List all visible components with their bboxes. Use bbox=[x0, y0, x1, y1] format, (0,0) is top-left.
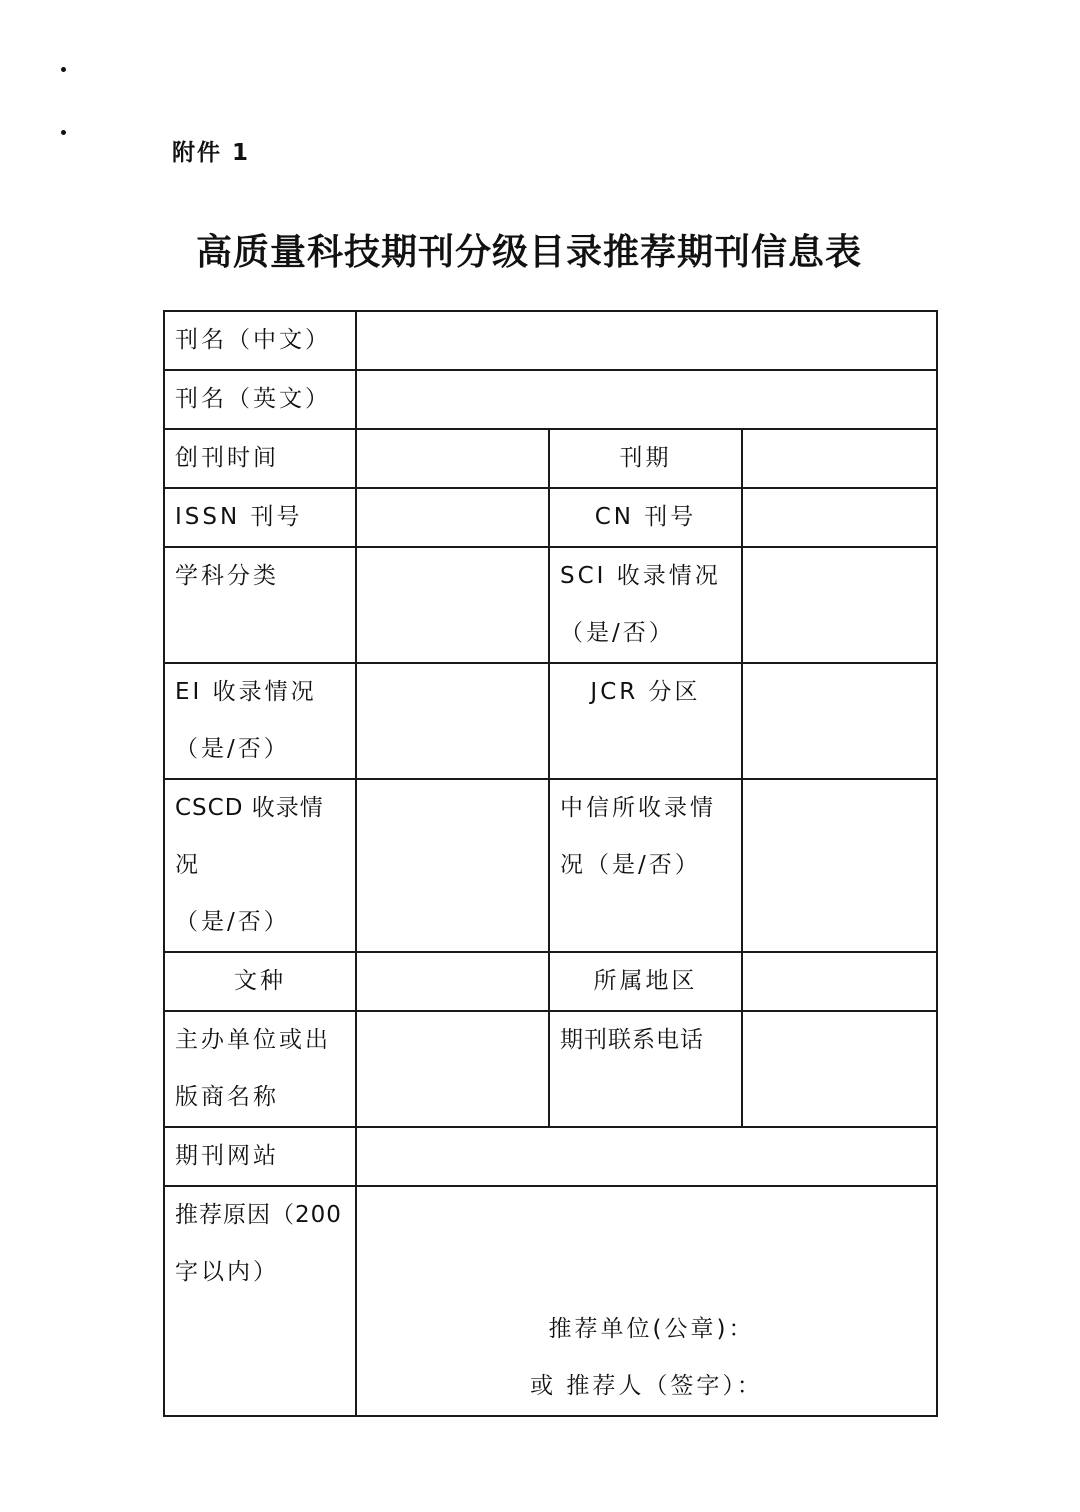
language-field[interactable] bbox=[356, 952, 549, 1011]
label-website: 期刊网站 bbox=[164, 1127, 356, 1186]
founded-field[interactable] bbox=[356, 429, 549, 488]
region-field[interactable] bbox=[742, 952, 937, 1011]
table-row: 刊名（英文） bbox=[164, 370, 937, 429]
reason-field[interactable]: 推荐单位(公章)： 或 推荐人（签字）： bbox=[356, 1186, 937, 1416]
table-row: EI 收录情况 （是/否） JCR 分区 bbox=[164, 663, 937, 779]
name-cn-field[interactable] bbox=[356, 311, 937, 370]
label-sci-line1: SCI 收录情况 bbox=[560, 548, 731, 605]
label-reason-line2: 字以内） bbox=[175, 1244, 345, 1301]
scan-mark-dot bbox=[61, 67, 66, 72]
website-field[interactable] bbox=[356, 1127, 937, 1186]
label-publisher-line2: 版商名称 bbox=[175, 1069, 345, 1126]
label-ei: EI 收录情况 （是/否） bbox=[164, 663, 356, 779]
label-name-en: 刊名（英文） bbox=[164, 370, 356, 429]
label-language: 文种 bbox=[164, 952, 356, 1011]
label-discipline: 学科分类 bbox=[164, 547, 356, 663]
page-title: 高质量科技期刊分级目录推荐期刊信息表 bbox=[196, 224, 926, 275]
label-name-cn: 刊名（中文） bbox=[164, 311, 356, 370]
label-cn: CN 刊号 bbox=[549, 488, 742, 547]
label-ei-line2: （是/否） bbox=[175, 721, 345, 778]
label-founded: 创刊时间 bbox=[164, 429, 356, 488]
label-istic-line2: 况（是/否） bbox=[560, 837, 731, 894]
frequency-field[interactable] bbox=[742, 429, 937, 488]
signature-unit-label: 推荐单位(公章)： bbox=[367, 1301, 926, 1358]
label-frequency: 刊期 bbox=[549, 429, 742, 488]
label-istic: 中信所收录情 况（是/否） bbox=[549, 779, 742, 952]
cscd-field[interactable] bbox=[356, 779, 549, 952]
label-publisher: 主办单位或出 版商名称 bbox=[164, 1011, 356, 1127]
discipline-field[interactable] bbox=[356, 547, 549, 663]
istic-field[interactable] bbox=[742, 779, 937, 952]
table-row: 创刊时间 刊期 bbox=[164, 429, 937, 488]
scan-mark-dot bbox=[61, 130, 66, 135]
label-issn: ISSN 刊号 bbox=[164, 488, 356, 547]
issn-field[interactable] bbox=[356, 488, 549, 547]
label-cscd-line2: （是/否） bbox=[175, 894, 345, 951]
label-reason-line1: 推荐原因（200 bbox=[175, 1187, 345, 1244]
table-row: 推荐原因（200 字以内） 推荐单位(公章)： 或 推荐人（签字）： bbox=[164, 1186, 937, 1416]
label-jcr: JCR 分区 bbox=[549, 663, 742, 779]
table-row: 主办单位或出 版商名称 期刊联系电话 bbox=[164, 1011, 937, 1127]
label-sci-line2: （是/否） bbox=[560, 605, 731, 662]
table-row: CSCD 收录情况 （是/否） 中信所收录情 况（是/否） bbox=[164, 779, 937, 952]
publisher-field[interactable] bbox=[356, 1011, 549, 1127]
attachment-label: 附件 1 bbox=[172, 134, 250, 167]
table-row: ISSN 刊号 CN 刊号 bbox=[164, 488, 937, 547]
label-cscd: CSCD 收录情况 （是/否） bbox=[164, 779, 356, 952]
label-sci: SCI 收录情况 （是/否） bbox=[549, 547, 742, 663]
signature-block: 推荐单位(公章)： 或 推荐人（签字）： bbox=[367, 1187, 926, 1415]
journal-info-form: 刊名（中文） 刊名（英文） 创刊时间 刊期 ISSN 刊号 CN 刊号 学科分类… bbox=[163, 310, 938, 1417]
sci-field[interactable] bbox=[742, 547, 937, 663]
label-cscd-line1: CSCD 收录情况 bbox=[175, 780, 345, 894]
label-region: 所属地区 bbox=[549, 952, 742, 1011]
label-publisher-line1: 主办单位或出 bbox=[175, 1012, 345, 1069]
table-row: 文种 所属地区 bbox=[164, 952, 937, 1011]
table-row: 刊名（中文） bbox=[164, 311, 937, 370]
name-en-field[interactable] bbox=[356, 370, 937, 429]
table-row: 期刊网站 bbox=[164, 1127, 937, 1186]
cn-field[interactable] bbox=[742, 488, 937, 547]
phone-field[interactable] bbox=[742, 1011, 937, 1127]
signature-person-label: 或 推荐人（签字）： bbox=[367, 1358, 926, 1415]
label-ei-line1: EI 收录情况 bbox=[175, 664, 345, 721]
label-istic-line1: 中信所收录情 bbox=[560, 780, 731, 837]
label-phone: 期刊联系电话 bbox=[549, 1011, 742, 1127]
label-reason: 推荐原因（200 字以内） bbox=[164, 1186, 356, 1416]
ei-field[interactable] bbox=[356, 663, 549, 779]
jcr-field[interactable] bbox=[742, 663, 937, 779]
table-row: 学科分类 SCI 收录情况 （是/否） bbox=[164, 547, 937, 663]
